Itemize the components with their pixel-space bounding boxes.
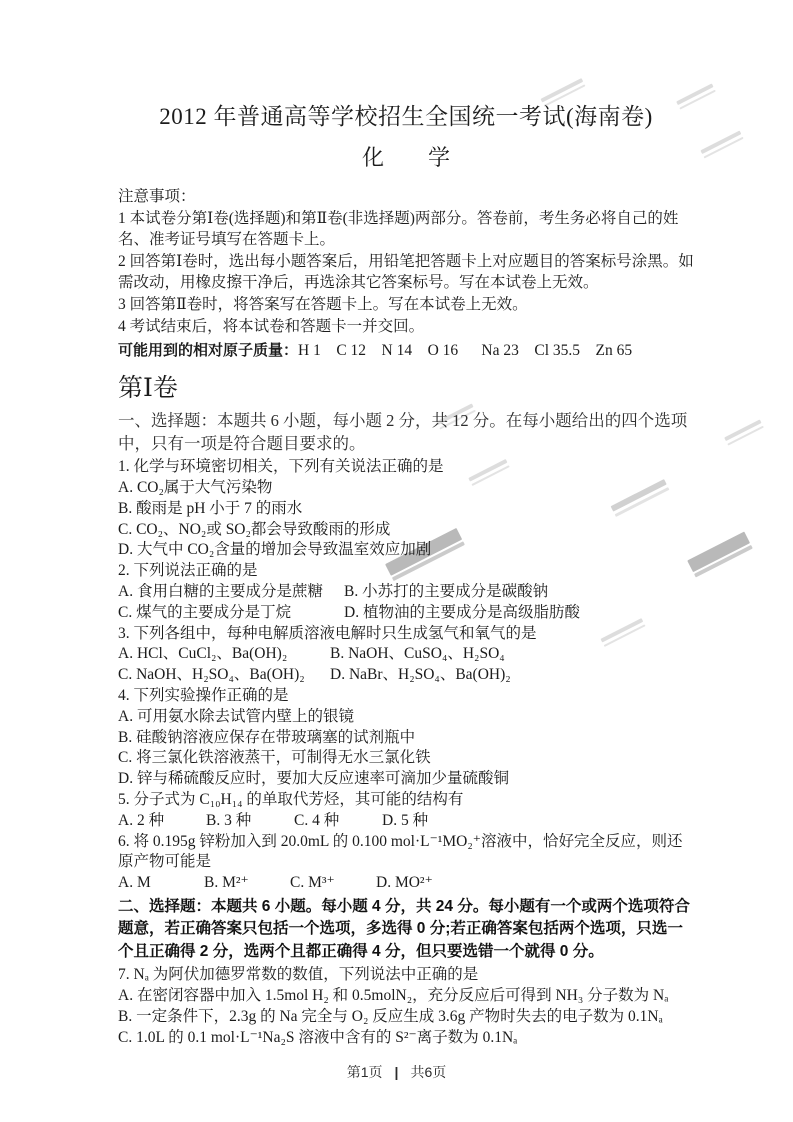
question-4-option-b: B. 硅酸钠溶液应保存在带玻璃塞的试剂瓶中: [118, 728, 694, 749]
question-5-option-b: B. 3 种: [206, 811, 294, 832]
footer-page-number: 第1页: [347, 1064, 383, 1080]
page-footer: 第1页|共6页: [0, 1062, 793, 1082]
atomic-masses-label: 可能用到的相对原子质量：: [118, 342, 298, 359]
question-1-option-c: C. CO₂、NO₂或 SO₂都会导致酸雨的形成: [118, 520, 694, 541]
notice-item: 1 本试卷分第Ⅰ卷(选择题)和第Ⅱ卷(非选择题)两部分。答卷前，考生务必将自己的…: [118, 208, 694, 251]
question-4-stem: 4. 下列实验操作正确的是: [118, 686, 694, 707]
subject-title: 化 学: [118, 141, 694, 172]
question-2-option-d: D. 植物油的主要成分是高级脂肪酸: [344, 604, 580, 621]
question-2-options-row: C. 煤气的主要成分是丁烷D. 植物油的主要成分是高级脂肪酸: [118, 603, 694, 624]
question-7-stem: 7. Nₐ 为阿伏加德罗常数的数值，下列说法中正确的是: [118, 965, 694, 986]
watermark-stamp: [687, 532, 753, 578]
question-6-options-row: A. MB. M²⁺C. M³⁺D. MO²⁺: [118, 873, 694, 894]
question-3-option-c: C. NaOH、H₂SO₄、Ba(OH)₂: [118, 665, 330, 686]
question-3-options-row: A. HCl、CuCl₂、Ba(OH)₂B. NaOH、CuSO₄、H₂SO₄: [118, 644, 694, 665]
notice-item: 3 回答第Ⅱ卷时，将答案写在答题卡上。写在本试卷上无效。: [118, 294, 694, 316]
footer-separator: |: [395, 1064, 399, 1080]
question-2-options-row: A. 食用白糖的主要成分是蔗糖B. 小苏打的主要成分是碳酸钠: [118, 582, 694, 603]
question-2-option-b: B. 小苏打的主要成分是碳酸钠: [344, 583, 548, 600]
question-4-option-a: A. 可用氨水除去试管内壁上的银镜: [118, 707, 694, 728]
question-1-option-a: A. CO₂属于大气污染物: [118, 478, 694, 499]
question-6-option-d: D. MO²⁺: [376, 874, 433, 891]
question-6-option-b: B. M²⁺: [204, 873, 290, 894]
watermark-stamp: [724, 419, 764, 445]
question-6-option-a: A. M: [118, 873, 204, 894]
question-3-option-a: A. HCl、CuCl₂、Ba(OH)₂: [118, 644, 330, 665]
question-5-stem: 5. 分子式为 C₁₀H₁₄ 的单取代芳烃，其可能的结构有: [118, 790, 694, 811]
question-2-option-c: C. 煤气的主要成分是丁烷: [118, 603, 344, 624]
question-3-option-d: D. NaBr、H₂SO₄、Ba(OH)₂: [330, 666, 511, 683]
footer-total-pages: 共6页: [410, 1064, 446, 1080]
question-5-option-c: C. 4 种: [294, 811, 382, 832]
question-4-option-d: D. 锌与稀硫酸反应时，要加大反应速率可滴加少量硫酸铜: [118, 769, 694, 790]
section2-intro: 二、选择题：本题共 6 小题。每小题 4 分，共 24 分。每小题有一个或两个选…: [118, 896, 694, 963]
question-5-option-a: A. 2 种: [118, 811, 206, 832]
exam-page: 2012 年普通高等学校招生全国统一考试(海南卷) 化 学 注意事项： 1 本试…: [0, 0, 793, 1122]
question-3-options-row: C. NaOH、H₂SO₄、Ba(OH)₂D. NaBr、H₂SO₄、Ba(OH…: [118, 665, 694, 686]
section1-intro: 一、选择题：本题共 6 小题，每小题 2 分，共 12 分。在每小题给出的四个选…: [118, 410, 694, 455]
question-4-option-c: C. 将三氯化铁溶液蒸干，可制得无水三氯化铁: [118, 748, 694, 769]
atomic-masses-values: H 1 C 12 N 14 O 16 Na 23 Cl 35.5 Zn 65: [298, 342, 632, 359]
question-1-option-d: D. 大气中 CO₂含量的增加会导致温室效应加剧: [118, 540, 694, 561]
question-5-options-row: A. 2 种B. 3 种C. 4 种D. 5 种: [118, 811, 694, 832]
page-content: 2012 年普通高等学校招生全国统一考试(海南卷) 化 学 注意事项： 1 本试…: [118, 98, 694, 1048]
question-6-stem: 6. 将 0.195g 锌粉加入到 20.0mL 的 0.100 mol·L⁻¹…: [118, 832, 694, 874]
question-7-option-b: B. 一定条件下，2.3g 的 Na 完全与 O₂ 反应生成 3.6g 产物时失…: [118, 1007, 694, 1028]
part1-heading: 第Ⅰ卷: [118, 368, 694, 404]
notice-item: 2 回答第Ⅰ卷时，选出每小题答案后，用铅笔把答题卡上对应题目的答案标号涂黑。如需…: [118, 251, 694, 294]
atomic-masses-line: 可能用到的相对原子质量：H 1 C 12 N 14 O 16 Na 23 Cl …: [118, 339, 694, 362]
question-2-stem: 2. 下列说法正确的是: [118, 561, 694, 582]
notice-heading: 注意事项：: [118, 186, 694, 208]
question-6-option-c: C. M³⁺: [290, 873, 376, 894]
question-5-option-d: D. 5 种: [382, 812, 428, 829]
notice-item: 4 考试结束后，将本试卷和答题卡一并交回。: [118, 316, 694, 338]
question-3-stem: 3. 下列各组中，每种电解质溶液电解时只生成氢气和氧气的是: [118, 624, 694, 645]
question-1-stem: 1. 化学与环境密切相关，下列有关说法正确的是: [118, 457, 694, 478]
question-7-option-c: C. 1.0L 的 0.1 mol·L⁻¹Na₂S 溶液中含有的 S²⁻离子数为…: [118, 1028, 694, 1049]
question-7-option-a: A. 在密闭容器中加入 1.5mol H₂ 和 0.5molN₂，充分反应后可得…: [118, 986, 694, 1007]
watermark-stamp: [700, 131, 743, 159]
question-1-option-b: B. 酸雨是 pH 小于 7 的雨水: [118, 499, 694, 520]
page-title: 2012 年普通高等学校招生全国统一考试(海南卷): [118, 98, 694, 131]
question-3-option-b: B. NaOH、CuSO₄、H₂SO₄: [330, 645, 505, 662]
question-2-option-a: A. 食用白糖的主要成分是蔗糖: [118, 582, 344, 603]
